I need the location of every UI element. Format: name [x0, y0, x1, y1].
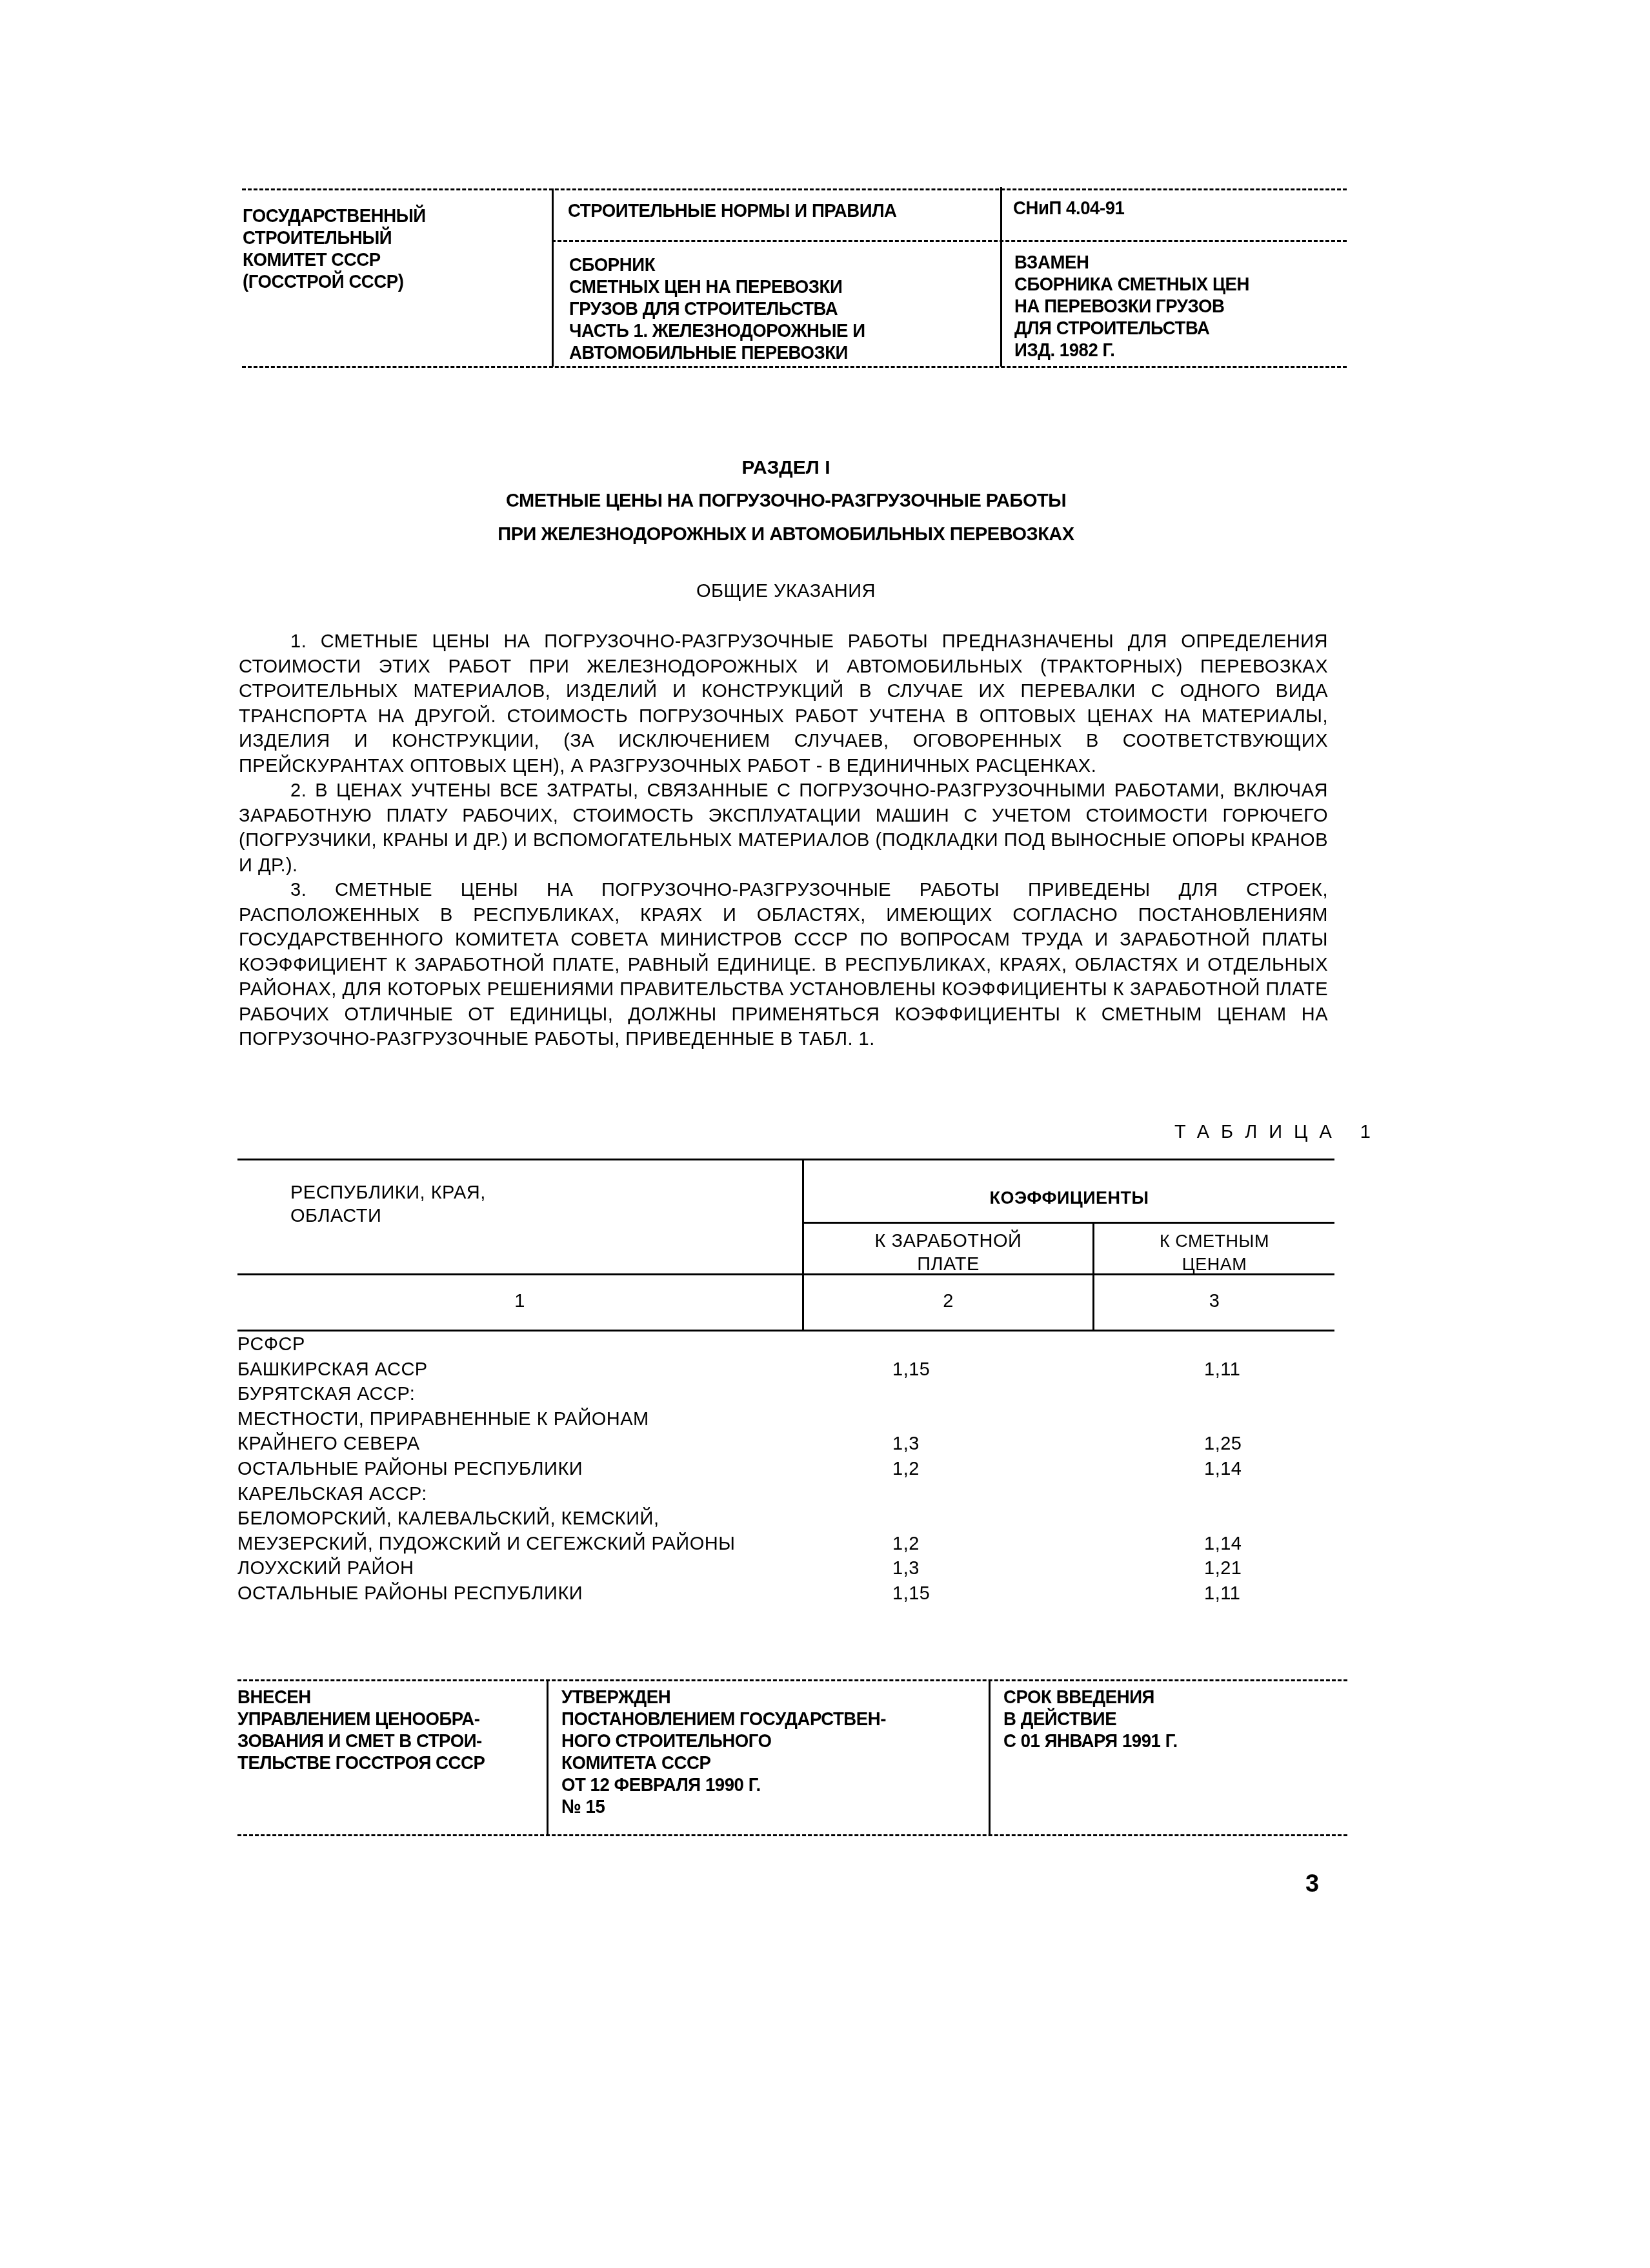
header-mid-rule — [552, 240, 1347, 242]
estimate-coefficient: 1,11 — [1204, 1581, 1269, 1606]
region-name: МЕСТНОСТИ, ПРИРАВНЕННЫЕ К РАЙОНАМ — [237, 1407, 649, 1432]
doc-title-line: АВТОМОБИЛЬНЫЕ ПЕРЕВОЗКИ — [569, 342, 865, 364]
region-name: БАШКИРСКАЯ АССР — [237, 1357, 428, 1382]
doc-title: СБОРНИК СМЕТНЫХ ЦЕН НА ПЕРЕВОЗКИ ГРУЗОВ … — [569, 254, 865, 364]
replaces-line: ИЗД. 1982 Г. — [1014, 339, 1249, 361]
effective-line: С 01 ЯНВАРЯ 1991 Г. — [1003, 1730, 1178, 1752]
introduced-by: ВНЕСЕН УПРАВЛЕНИЕМ ЦЕНООБРА- ЗОВАНИЯ И С… — [237, 1686, 485, 1774]
col-number-3: 3 — [1094, 1290, 1334, 1313]
table-row: ЛОУХСКИЙ РАЙОН1,31,21 — [237, 1556, 1334, 1581]
paragraph-2: 2. В ЦЕНАХ УЧТЕНЫ ВСЕ ЗАТРАТЫ, СВЯЗАННЫЕ… — [239, 778, 1328, 878]
col1-header-line: РЕСПУБЛИКИ, КРАЯ, — [290, 1181, 486, 1204]
wage-coefficient: 1,15 — [892, 1581, 957, 1606]
footer-top-rule — [237, 1679, 1347, 1681]
table-row: ОСТАЛЬНЫЕ РАЙОНЫ РЕСПУБЛИКИ1,21,14 — [237, 1457, 1334, 1482]
col2-header-line: К ЗАРАБОТНОЙ — [804, 1230, 1092, 1253]
wage-coefficient: 1,15 — [892, 1357, 957, 1382]
issuer-line: СТРОИТЕЛЬНЫЙ — [243, 227, 426, 249]
wage-coefficient: 1,2 — [892, 1457, 957, 1482]
table-row: КРАЙНЕГО СЕВЕРА1,31,25 — [237, 1432, 1334, 1457]
replaces-line: СБОРНИКА СМЕТНЫХ ЦЕН — [1014, 274, 1249, 296]
table-row: ОСТАЛЬНЫЕ РАЙОНЫ РЕСПУБЛИКИ1,151,11 — [237, 1581, 1334, 1606]
introduced-line: УПРАВЛЕНИЕМ ЦЕНООБРА- — [237, 1708, 485, 1730]
footer-bottom-rule — [237, 1834, 1347, 1836]
col2-header: К ЗАРАБОТНОЙ ПЛАТЕ — [804, 1230, 1092, 1276]
issuer-line: КОМИТЕТ СССР — [243, 249, 426, 271]
section-title-line-1: СМЕТНЫЕ ЦЕНЫ НА ПОГРУЗОЧНО-РАЗГРУЗОЧНЫЕ … — [237, 491, 1334, 512]
page-number: 3 — [1305, 1870, 1319, 1898]
doc-title-line: СМЕТНЫХ ЦЕН НА ПЕРЕВОЗКИ — [569, 276, 865, 298]
region-name: КРАЙНЕГО СЕВЕРА — [237, 1432, 420, 1457]
introduced-line: ЗОВАНИЯ И СМЕТ В СТРОИ- — [237, 1730, 485, 1752]
header-divider-1 — [552, 188, 554, 367]
header-bottom-rule — [242, 366, 1347, 368]
approved-line: ОТ 12 ФЕВРАЛЯ 1990 Г. — [561, 1774, 886, 1796]
region-name: МЕУЗЕРСКИЙ, ПУДОЖСКИЙ И СЕГЕЖСКИЙ РАЙОНЫ — [237, 1532, 735, 1557]
table-row: МЕУЗЕРСКИЙ, ПУДОЖСКИЙ И СЕГЕЖСКИЙ РАЙОНЫ… — [237, 1532, 1334, 1557]
col3-header-line: ЦЕНАМ — [1094, 1253, 1334, 1276]
col2-header-line: ПЛАТЕ — [804, 1253, 1092, 1276]
table-row: МЕСТНОСТИ, ПРИРАВНЕННЫЕ К РАЙОНАМ — [237, 1407, 1334, 1432]
region-name: ЛОУХСКИЙ РАЙОН — [237, 1556, 414, 1581]
paragraph-1: 1. СМЕТНЫЕ ЦЕНЫ НА ПОГРУЗОЧНО-РАЗГРУЗОЧН… — [239, 629, 1328, 778]
region-name: БУРЯТСКАЯ АССР: — [237, 1382, 415, 1407]
introduced-line: ТЕЛЬСТВЕ ГОССТРОЯ СССР — [237, 1752, 485, 1774]
table-row: РСФСР — [237, 1332, 1334, 1357]
table-row: БЕЛОМОРСКИЙ, КАЛЕВАЛЬСКИЙ, КЕМСКИЙ, — [237, 1506, 1334, 1532]
doc-title-line: ЧАСТЬ 1. ЖЕЛЕЗНОДОРОЖНЫЕ И — [569, 320, 865, 342]
header-divider-2 — [1000, 187, 1002, 367]
effective-line: СРОК ВВЕДЕНИЯ — [1003, 1686, 1178, 1708]
group-header: КОЭФФИЦИЕНТЫ — [804, 1186, 1334, 1210]
table-group-rule — [803, 1222, 1334, 1224]
table-row: БАШКИРСКАЯ АССР1,151,11 — [237, 1357, 1334, 1382]
region-name: БЕЛОМОРСКИЙ, КАЛЕВАЛЬСКИЙ, КЕМСКИЙ, — [237, 1506, 659, 1532]
table-caption: ТАБЛИЦА 1 — [1174, 1122, 1382, 1143]
issuer-line: ГОСУДАРСТВЕННЫЙ — [243, 205, 426, 227]
col3-header: К СМЕТНЫМ ЦЕНАМ — [1094, 1230, 1334, 1276]
issuer: ГОСУДАРСТВЕННЫЙ СТРОИТЕЛЬНЫЙ КОМИТЕТ ССС… — [243, 205, 426, 293]
paragraph-3: 3. СМЕТНЫЕ ЦЕНЫ НА ПОГРУЗОЧНО-РАЗГРУЗОЧН… — [239, 878, 1328, 1052]
section-title-line-2: ПРИ ЖЕЛЕЗНОДОРОЖНЫХ И АВТОМОБИЛЬНЫХ ПЕРЕ… — [237, 524, 1334, 545]
estimate-coefficient: 1,11 — [1204, 1357, 1269, 1382]
approved-by: УТВЕРЖДЕН ПОСТАНОВЛЕНИЕМ ГОСУДАРСТВЕН- Н… — [561, 1686, 886, 1818]
section-label: РАЗДЕЛ I — [237, 457, 1334, 479]
estimate-coefficient: 1,25 — [1204, 1432, 1269, 1457]
body-text: 1. СМЕТНЫЕ ЦЕНЫ НА ПОГРУЗОЧНО-РАЗГРУЗОЧН… — [239, 629, 1328, 1052]
table-colnum-rule — [237, 1330, 1334, 1331]
replaces-line: НА ПЕРЕВОЗКИ ГРУЗОВ — [1014, 296, 1249, 318]
introduced-line: ВНЕСЕН — [237, 1686, 485, 1708]
approved-line: № 15 — [561, 1796, 886, 1818]
replaces: ВЗАМЕН СБОРНИКА СМЕТНЫХ ЦЕН НА ПЕРЕВОЗКИ… — [1014, 252, 1249, 361]
approved-line: НОГО СТРОИТЕЛЬНОГО — [561, 1730, 886, 1752]
estimate-coefficient: 1,14 — [1204, 1457, 1269, 1482]
region-name: КАРЕЛЬСКАЯ АССР: — [237, 1482, 427, 1507]
col1-header-line: ОБЛАСТИ — [290, 1204, 486, 1228]
col-number-2: 2 — [804, 1290, 1092, 1313]
col3-header-line: К СМЕТНЫМ — [1094, 1230, 1334, 1253]
wage-coefficient: 1,3 — [892, 1432, 957, 1457]
table-top-rule — [237, 1159, 1334, 1160]
header-top-rule — [242, 188, 1347, 190]
effective-date: СРОК ВВЕДЕНИЯ В ДЕЙСТВИЕ С 01 ЯНВАРЯ 199… — [1003, 1686, 1178, 1752]
doc-type: СТРОИТЕЛЬНЫЕ НОРМЫ И ПРАВИЛА — [568, 200, 897, 222]
estimate-coefficient: 1,21 — [1204, 1556, 1269, 1581]
footer-divider-2 — [989, 1680, 991, 1836]
doc-title-line: СБОРНИК — [569, 254, 865, 276]
region-name: РСФСР — [237, 1332, 305, 1357]
approved-line: УТВЕРЖДЕН — [561, 1686, 886, 1708]
estimate-coefficient: 1,14 — [1204, 1532, 1269, 1557]
approved-line: ПОСТАНОВЛЕНИЕМ ГОСУДАРСТВЕН- — [561, 1708, 886, 1730]
wage-coefficient: 1,3 — [892, 1556, 957, 1581]
wage-coefficient: 1,2 — [892, 1532, 957, 1557]
doc-code: СНиП 4.04-91 — [1013, 197, 1124, 219]
region-name: ОСТАЛЬНЫЕ РАЙОНЫ РЕСПУБЛИКИ — [237, 1581, 583, 1606]
replaces-line: ДЛЯ СТРОИТЕЛЬСТВА — [1014, 318, 1249, 339]
replaces-line: ВЗАМЕН — [1014, 252, 1249, 274]
effective-line: В ДЕЙСТВИЕ — [1003, 1708, 1178, 1730]
col1-header: РЕСПУБЛИКИ, КРАЯ, ОБЛАСТИ — [290, 1181, 486, 1228]
issuer-line: (ГОССТРОЙ СССР) — [243, 271, 426, 293]
approved-line: КОМИТЕТА СССР — [561, 1752, 886, 1774]
footer-divider-1 — [547, 1680, 548, 1836]
section-subtitle: ОБЩИЕ УКАЗАНИЯ — [237, 581, 1334, 602]
doc-title-line: ГРУЗОВ ДЛЯ СТРОИТЕЛЬСТВА — [569, 298, 865, 320]
region-name: ОСТАЛЬНЫЕ РАЙОНЫ РЕСПУБЛИКИ — [237, 1457, 583, 1482]
table-row: КАРЕЛЬСКАЯ АССР: — [237, 1482, 1334, 1507]
col-number-1: 1 — [237, 1290, 802, 1313]
table-row: БУРЯТСКАЯ АССР: — [237, 1382, 1334, 1407]
